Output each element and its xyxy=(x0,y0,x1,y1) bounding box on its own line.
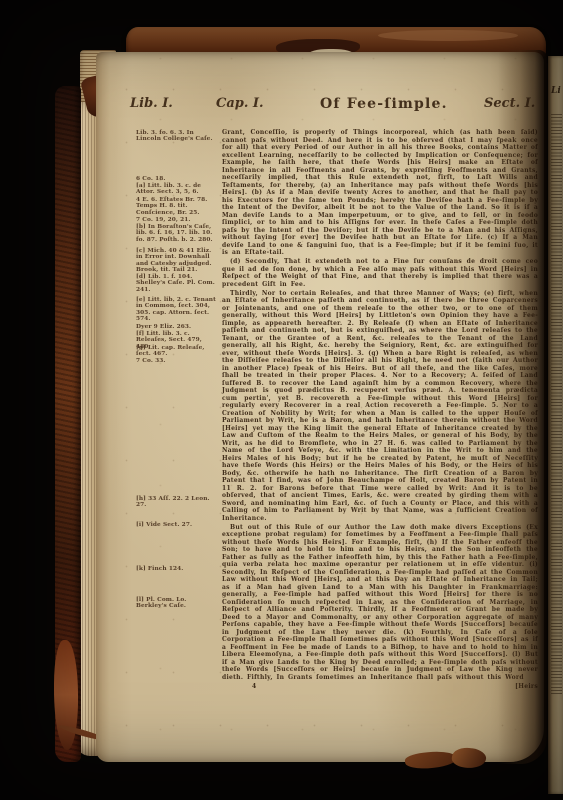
facing-page-header-fragment: Li xyxy=(551,86,561,96)
margin-note: [e] Litt. lib. 2. c. Tenant in Common, ſ… xyxy=(136,297,218,323)
main-text-column: Grant, Conceſſio, is properly of Things … xyxy=(222,129,538,690)
book-photograph: Lib. I. Cap. I. Of Fee-ſimple. Sect. I. … xyxy=(0,0,563,800)
page-foot-row: 4 [Heirs xyxy=(222,683,538,691)
margin-note: [c] Mich. 40 & 41 Eliz. in Error int. Do… xyxy=(136,248,218,274)
facing-page-text-lines xyxy=(551,114,562,694)
margin-note: 7 Co. 33. xyxy=(136,358,218,364)
facing-page-edge: Li xyxy=(548,56,563,794)
margin-note: 4 E. 6. Eſtates Br. 78. Temps H. 8. tit.… xyxy=(136,197,218,216)
paragraph: (d) Secondly, That it extendeth not to a… xyxy=(222,258,538,288)
header-lib: Lib. I. xyxy=(130,96,173,111)
margin-note: [i] Vide Sect. 27. xyxy=(136,522,218,528)
paragraph: Thirdly, Nor to certain Releaſes, and th… xyxy=(222,290,538,523)
book-page: Lib. I. Cap. I. Of Fee-ſimple. Sect. I. … xyxy=(96,52,544,762)
margin-note: 7 Co. 19, 20, 21. xyxy=(136,217,218,223)
header-sect: Sect. I. xyxy=(484,96,535,111)
margin-note: [h] 33 Aſſ. 22. 2 Leon. 27. xyxy=(136,496,218,509)
header-cap: Cap. I. xyxy=(216,96,264,111)
signature-mark: 4 xyxy=(252,683,256,691)
margin-note: [b] In Boraſton's Caſe, lib. 6. f. 16, 1… xyxy=(136,224,218,243)
margin-note: [a] Litt. lib. 3. c. de Attor. Sect. 3, … xyxy=(136,183,218,196)
margin-note: [k] Finch 124. xyxy=(136,566,218,572)
margin-note: Lib. 3. fo. 6. 3. In Lincoln College's C… xyxy=(136,130,218,143)
paragraph: But out of this Rule of our Author the L… xyxy=(222,524,538,682)
margin-note: Dyer 9 Eliz. 263. xyxy=(136,324,218,330)
margin-note: [l] Pl. Com. Lo. Berkley's Caſe. xyxy=(136,597,218,610)
margin-note: [g] Lit. cap. Releaſe, ſect. 467. xyxy=(136,345,218,358)
leather-highlight xyxy=(378,30,518,41)
catchword: [Heirs xyxy=(515,683,538,691)
page-title: Of Fee-ſimple. xyxy=(320,96,448,112)
paragraph: Grant, Conceſſio, is properly of Things … xyxy=(222,129,538,257)
margin-note: 6 Co. 18. xyxy=(136,176,218,182)
margin-note: [d] Lib. 1. f. 104. Shelley's Caſe. Pl. … xyxy=(136,274,218,293)
